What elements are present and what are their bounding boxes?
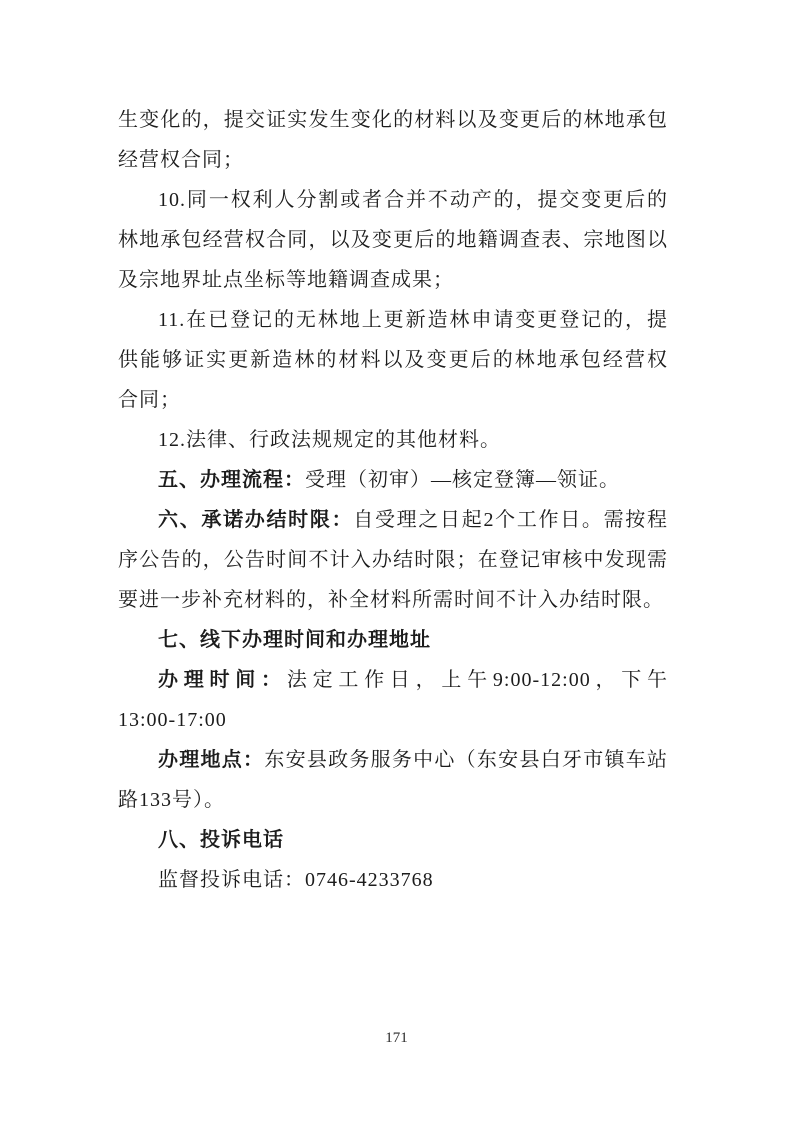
text-line: 要进一步补充材料的，补全材料所需时间不计入办结时限。	[118, 580, 668, 620]
text-line: 八、投诉电话	[118, 820, 668, 860]
label-heading-run: 办理地点：	[158, 749, 264, 771]
text-line: 10.同一权利人分割或者合并不动产的，提交变更后的	[118, 180, 668, 220]
section-heading-run: 七、线下办理时间和办理地址	[158, 629, 431, 651]
body-text-run: 及宗地界址点坐标等地籍调查成果；	[118, 269, 454, 291]
text-line: 七、线下办理时间和办理地址	[118, 620, 668, 660]
body-text-run: 13:00-17:00	[118, 709, 227, 731]
body-text-run: 自受理之日起2个工作日。需按程	[353, 509, 668, 531]
body-text-run: 监督投诉电话：0746-4233768	[158, 869, 434, 891]
body-text-run: 要进一步补充材料的，补全材料所需时间不计入办结时限。	[118, 589, 664, 611]
document-body: 生变化的，提交证实发生变化的材料以及变更后的林地承包经营权合同；10.同一权利人…	[118, 100, 668, 900]
body-text-run: 11.在已登记的无林地上更新造林申请变更登记的，提	[158, 309, 668, 331]
text-line: 及宗地界址点坐标等地籍调查成果；	[118, 260, 668, 300]
body-text-run: 东安县政务服务中心（东安县白牙市镇车站	[264, 749, 668, 771]
label-heading-run: 办理时间：	[158, 669, 287, 691]
page-number: 171	[0, 1028, 793, 1048]
text-line: 序公告的，公告时间不计入办结时限；在登记审核中发现需	[118, 540, 668, 580]
body-text-run: 供能够证实更新造林的材料以及变更后的林地承包经营权	[118, 349, 668, 371]
body-text-run: 序公告的，公告时间不计入办结时限；在登记审核中发现需	[118, 549, 668, 571]
body-text-run: 生变化的，提交证实发生变化的材料以及变更后的林地承包	[118, 109, 668, 131]
text-line: 11.在已登记的无林地上更新造林申请变更登记的，提	[118, 300, 668, 340]
section-heading-run: 六、承诺办结时限：	[158, 509, 353, 531]
document-page: 生变化的，提交证实发生变化的材料以及变更后的林地承包经营权合同；10.同一权利人…	[0, 0, 793, 1122]
body-text-run: 经营权合同；	[118, 149, 244, 171]
text-line: 生变化的，提交证实发生变化的材料以及变更后的林地承包	[118, 100, 668, 140]
text-line: 供能够证实更新造林的材料以及变更后的林地承包经营权	[118, 340, 668, 380]
body-text-run: 路133号）。	[118, 789, 225, 811]
text-line: 路133号）。	[118, 780, 668, 820]
body-text-run: 10.同一权利人分割或者合并不动产的，提交变更后的	[158, 189, 668, 211]
body-text-run: 12.法律、行政法规规定的其他材料。	[158, 429, 501, 451]
body-text-run: 合同；	[118, 389, 181, 411]
text-line: 办理时间：法定工作日，上午9:00-12:00，下午	[118, 660, 668, 700]
body-text-run: 法定工作日，上午9:00-12:00，下午	[287, 669, 668, 691]
text-line: 五、办理流程：受理（初审）—核定登簿—领证。	[118, 460, 668, 500]
section-heading-run: 五、办理流程：	[158, 469, 305, 491]
text-line: 12.法律、行政法规规定的其他材料。	[118, 420, 668, 460]
section-heading-run: 八、投诉电话	[158, 829, 284, 851]
body-text-run: 林地承包经营权合同，以及变更后的地籍调查表、宗地图以	[118, 229, 668, 251]
text-line: 六、承诺办结时限：自受理之日起2个工作日。需按程	[118, 500, 668, 540]
text-line: 监督投诉电话：0746-4233768	[118, 860, 668, 900]
text-line: 经营权合同；	[118, 140, 668, 180]
text-line: 办理地点：东安县政务服务中心（东安县白牙市镇车站	[118, 740, 668, 780]
text-line: 林地承包经营权合同，以及变更后的地籍调查表、宗地图以	[118, 220, 668, 260]
text-line: 13:00-17:00	[118, 700, 668, 740]
body-text-run: 受理（初审）—核定登簿—领证。	[305, 469, 620, 491]
text-line: 合同；	[118, 380, 668, 420]
